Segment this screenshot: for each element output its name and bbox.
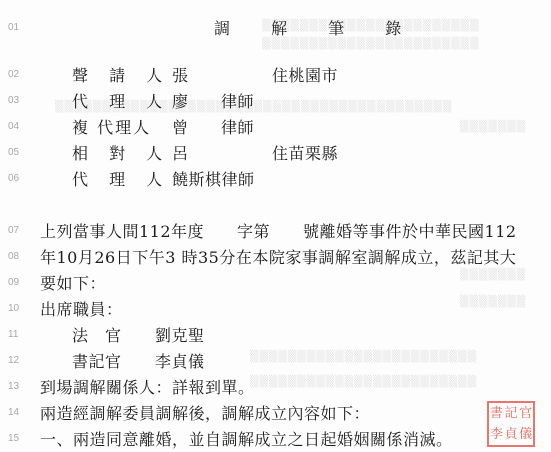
party-name: 曾 <box>172 115 189 138</box>
line-10: 10 出席職員： <box>0 295 551 321</box>
line-02: 02 聲 請 人 張 住桃園市 <box>0 61 551 87</box>
line-15: 15 一、兩造同意離婚，並自調解成立之日起婚姻關係消滅。 <box>0 425 551 451</box>
party-address: 住苗栗縣 <box>272 141 338 164</box>
party-name: 呂 <box>172 141 189 164</box>
line-number: 11 <box>8 329 28 340</box>
section-heading-staff: 出席職員： <box>40 297 123 320</box>
line-14: 14 兩造經調解委員調解後，調解成立內容如下： <box>0 399 551 425</box>
party-name: 廖 <box>172 89 189 112</box>
line-01: 01 調 解 筆 錄 <box>0 14 551 40</box>
staff-name: 劉克聖 <box>155 323 205 346</box>
line-07: 07 上列當事人間112年度 字第 號離婚等事件於中華民國112 <box>0 217 551 243</box>
line-09: 09 要如下： <box>0 269 551 295</box>
party-name: 張 <box>172 63 189 86</box>
staff-role: 法 官 <box>72 323 122 346</box>
party-role: 聲 請 人 <box>72 63 170 86</box>
line-number: 05 <box>8 147 28 158</box>
line-13: 13 到場調解關係人：詳報到單。 <box>0 373 551 399</box>
line-number: 15 <box>8 433 28 444</box>
party-name: 饒斯棋律師 <box>172 167 255 190</box>
line-05: 05 相 對 人 呂 住苗栗縣 <box>0 139 551 165</box>
body-text: 年10月26日下午3 時35分在本院家事調解室調解成立，茲記其大 <box>40 245 516 268</box>
body-text: 到場調解關係人：詳報到單。 <box>40 375 255 398</box>
line-03: 03 代 理 人 廖 律師 <box>0 87 551 113</box>
line-number: 14 <box>8 407 28 418</box>
line-number: 13 <box>8 381 28 392</box>
clerk-seal-stamp: 書 記 官 李 貞 儀 <box>487 401 535 447</box>
seal-char: 儀 <box>518 424 533 445</box>
body-text: 上列當事人間112年度 字第 號離婚等事件於中華民國112 <box>40 219 517 242</box>
line-number: 07 <box>8 225 28 236</box>
party-address: 住桃園市 <box>272 63 338 86</box>
line-12: 12 書記官 李貞儀 <box>0 347 551 373</box>
body-text: 要如下： <box>40 271 106 294</box>
line-number: 10 <box>8 303 28 314</box>
party-title: 律師 <box>221 89 254 112</box>
staff-name: 李貞儀 <box>155 349 205 372</box>
line-number: 12 <box>8 355 28 366</box>
party-role: 代 理 人 <box>72 89 170 112</box>
body-text: 兩造經調解委員調解後，調解成立內容如下： <box>40 401 370 424</box>
line-number: 08 <box>8 251 28 262</box>
line-11: 11 法 官 劉克聖 <box>0 321 551 347</box>
body-text: 一、兩造同意離婚，並自調解成立之日起婚姻關係消滅。 <box>40 427 453 450</box>
seal-char: 書 <box>489 403 504 424</box>
line-number: 01 <box>8 22 28 33</box>
party-role: 複 代理人 <box>72 115 151 138</box>
line-number: 09 <box>8 277 28 288</box>
party-role: 相 對 人 <box>72 141 170 164</box>
staff-role: 書記官 <box>72 349 122 372</box>
seal-char: 官 <box>518 403 533 424</box>
line-number: 03 <box>8 95 28 106</box>
party-title: 律師 <box>221 115 254 138</box>
line-number: 06 <box>8 173 28 184</box>
document-page: ▒▒▒▒▒▒▒▒▒▒▒▒▒▒▒▒▒▒▒▒▒▒▒ ▒▒▒▒▒▒▒▒▒▒▒▒▒▒▒▒… <box>0 0 551 452</box>
seal-char: 貞 <box>504 424 519 445</box>
party-role: 代 理 人 <box>72 167 170 190</box>
seal-char: 李 <box>489 424 504 445</box>
document-title: 調 解 筆 錄 <box>214 16 419 39</box>
line-04: 04 複 代理人 曾 律師 <box>0 113 551 139</box>
line-number: 02 <box>8 69 28 80</box>
line-08: 08 年10月26日下午3 時35分在本院家事調解室調解成立，茲記其大 <box>0 243 551 269</box>
seal-char: 記 <box>504 403 519 424</box>
line-number: 04 <box>8 121 28 132</box>
line-06: 06 代 理 人 饒斯棋律師 <box>0 165 551 191</box>
